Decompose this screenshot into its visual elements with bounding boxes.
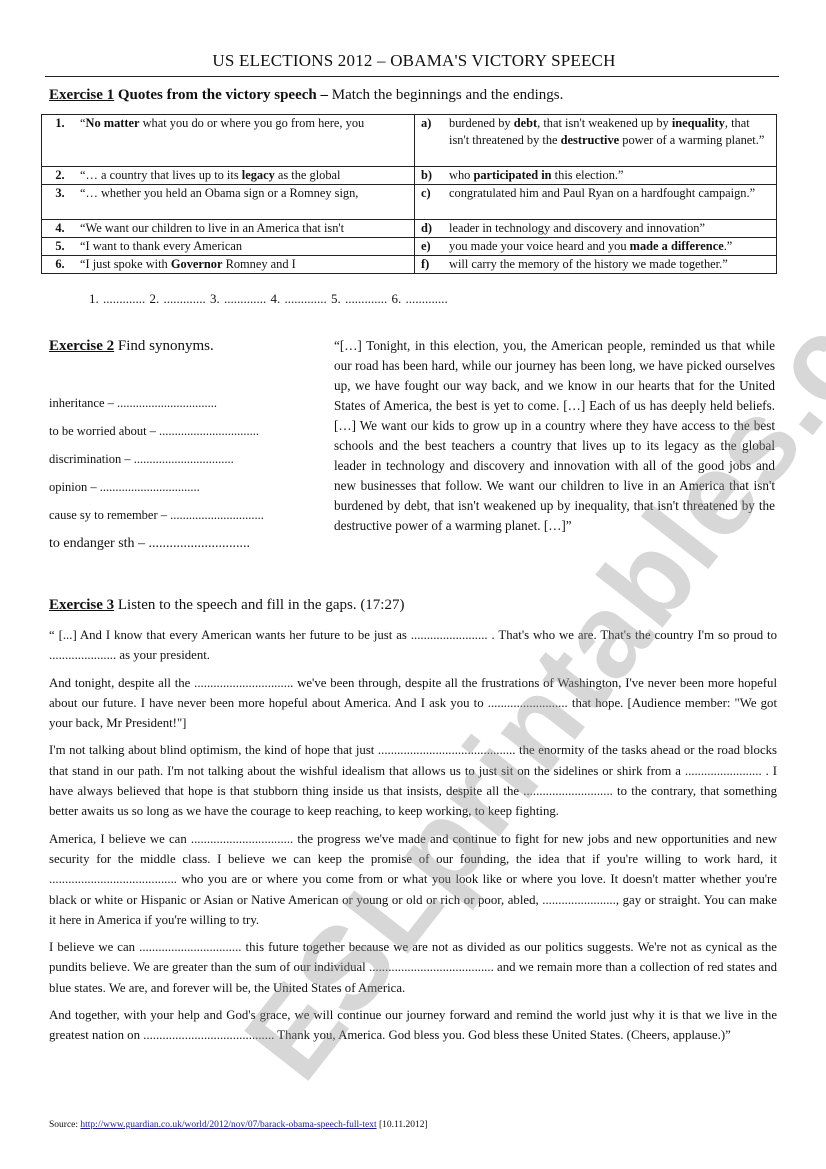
quote-beginning: “I want to thank every American (74, 238, 415, 256)
match-row: 4.“We want our children to live in an Am… (42, 220, 777, 238)
answer-blanks[interactable]: 1. ............. 2. ............. 3. ...… (89, 291, 448, 307)
source-citation: Source: http://www.guardian.co.uk/world/… (49, 1120, 428, 1130)
ending-text: you made your voice heard and you (449, 239, 630, 253)
exercise1-label: Exercise 1 (49, 87, 114, 103)
exercise2-label: Exercise 2 (49, 338, 114, 354)
ending-text: congratulated him and Paul Ryan on a har… (449, 186, 755, 200)
quote-beginning: “… whether you held an Obama sign or a R… (74, 185, 415, 220)
match-row: 2.“… a country that lives up to its lega… (42, 167, 777, 185)
quote-ending: will carry the memory of the history we … (443, 256, 777, 274)
exercise3-heading: Exercise 3 Listen to the speech and fill… (49, 597, 404, 614)
matching-table: 1.“No matter what you do or where you go… (41, 114, 777, 274)
beginning-text: Romney and I (222, 257, 295, 271)
beginning-text: what you do or where you go from here, y… (140, 116, 365, 130)
exercise1-title: Quotes from the victory speech – (118, 87, 328, 103)
synonym-item[interactable]: cause sy to remember – .................… (49, 508, 309, 536)
page-title: US ELECTIONS 2012 – OBAMA'S VICTORY SPEE… (49, 51, 779, 71)
source-label: Source: (49, 1120, 78, 1130)
beginning-text: “I want to thank every American (80, 239, 242, 253)
ending-text: power of a warming planet.” (619, 133, 764, 147)
item-number: 4. (42, 220, 75, 238)
gap-fill-paragraph[interactable]: And tonight, despite all the ...........… (49, 673, 777, 734)
item-number: 5. (42, 238, 75, 256)
synonym-item[interactable]: discrimination – .......................… (49, 452, 309, 480)
quote-beginning: “No matter what you do or where you go f… (74, 115, 415, 167)
gap-fill-text: “ [...] And I know that every American w… (49, 625, 777, 1053)
match-row: 6.“I just spoke with Governor Romney and… (42, 256, 777, 274)
synonym-list: inheritance – ..........................… (49, 396, 309, 564)
speech-excerpt: “[…] Tonight, in this election, you, the… (334, 336, 775, 536)
gap-fill-paragraph[interactable]: I'm not talking about blind optimism, th… (49, 740, 777, 821)
quote-ending: burdened by debt, that isn't weakened up… (443, 115, 777, 167)
gap-fill-paragraph[interactable]: I believe we can .......................… (49, 937, 777, 998)
item-letter: c) (415, 185, 444, 220)
item-letter: a) (415, 115, 444, 167)
exercise2-instruction: Find synonyms. (118, 338, 214, 354)
quote-ending: you made your voice heard and you made a… (443, 238, 777, 256)
quote-beginning: “… a country that lives up to its legacy… (74, 167, 415, 185)
ending-text: leader in technology and discovery and i… (449, 221, 705, 235)
quote-beginning: “I just spoke with Governor Romney and I (74, 256, 415, 274)
beginning-text: “… a country that lives up to its (80, 168, 242, 182)
item-number: 3. (42, 185, 75, 220)
item-number: 2. (42, 167, 75, 185)
match-row: 5.“I want to thank every Americane)you m… (42, 238, 777, 256)
quote-ending: congratulated him and Paul Ryan on a har… (443, 185, 777, 220)
gap-fill-paragraph[interactable]: “ [...] And I know that every American w… (49, 625, 777, 666)
key-word: made a difference (630, 239, 724, 253)
gap-fill-paragraph[interactable]: America, I believe we can ..............… (49, 829, 777, 930)
synonym-item[interactable]: opinion – ..............................… (49, 480, 309, 508)
synonym-item[interactable]: to be worried about – ..................… (49, 424, 309, 452)
source-date: [10.11.2012] (379, 1120, 428, 1130)
item-letter: d) (415, 220, 444, 238)
exercise2-heading: Exercise 2 Find synonyms. (49, 338, 214, 355)
key-word: debt (514, 116, 537, 130)
exercise3-instruction: Listen to the speech and fill in the gap… (118, 597, 405, 613)
item-number: 1. (42, 115, 75, 167)
match-row: 3.“… whether you held an Obama sign or a… (42, 185, 777, 220)
ending-text: burdened by (449, 116, 514, 130)
source-link[interactable]: http://www.guardian.co.uk/world/2012/nov… (80, 1120, 376, 1130)
key-word: No matter (86, 116, 140, 130)
key-word: inequality (672, 116, 725, 130)
key-word: participated in (473, 168, 551, 182)
beginning-text: as the global (275, 168, 341, 182)
quote-ending: who participated in this election.” (443, 167, 777, 185)
ending-text: who (449, 168, 473, 182)
item-letter: e) (415, 238, 444, 256)
exercise1-instruction: Match the beginnings and the endings. (332, 87, 564, 103)
item-number: 6. (42, 256, 75, 274)
key-word: destructive (561, 133, 620, 147)
beginning-text: “We want our children to live in an Amer… (80, 221, 344, 235)
ending-text: will carry the memory of the history we … (449, 257, 728, 271)
key-word: legacy (242, 168, 275, 182)
ending-text: , that isn't weakened up by (537, 116, 672, 130)
quote-ending: leader in technology and discovery and i… (443, 220, 777, 238)
gap-fill-paragraph[interactable]: And together, with your help and God's g… (49, 1005, 777, 1046)
quote-beginning: “We want our children to live in an Amer… (74, 220, 415, 238)
key-word: Governor (171, 257, 223, 271)
match-row: 1.“No matter what you do or where you go… (42, 115, 777, 167)
synonym-item[interactable]: inheritance – ..........................… (49, 396, 309, 424)
beginning-text: “… whether you held an Obama sign or a R… (80, 186, 358, 200)
item-letter: b) (415, 167, 444, 185)
ending-text: this election.” (552, 168, 624, 182)
exercise3-label: Exercise 3 (49, 597, 114, 613)
ending-text: .” (724, 239, 733, 253)
exercise1-heading: Exercise 1 Quotes from the victory speec… (49, 87, 563, 104)
title-divider (45, 76, 779, 77)
item-letter: f) (415, 256, 444, 274)
beginning-text: “I just spoke with (80, 257, 171, 271)
synonym-item[interactable]: to endanger sth – ......................… (49, 536, 309, 564)
